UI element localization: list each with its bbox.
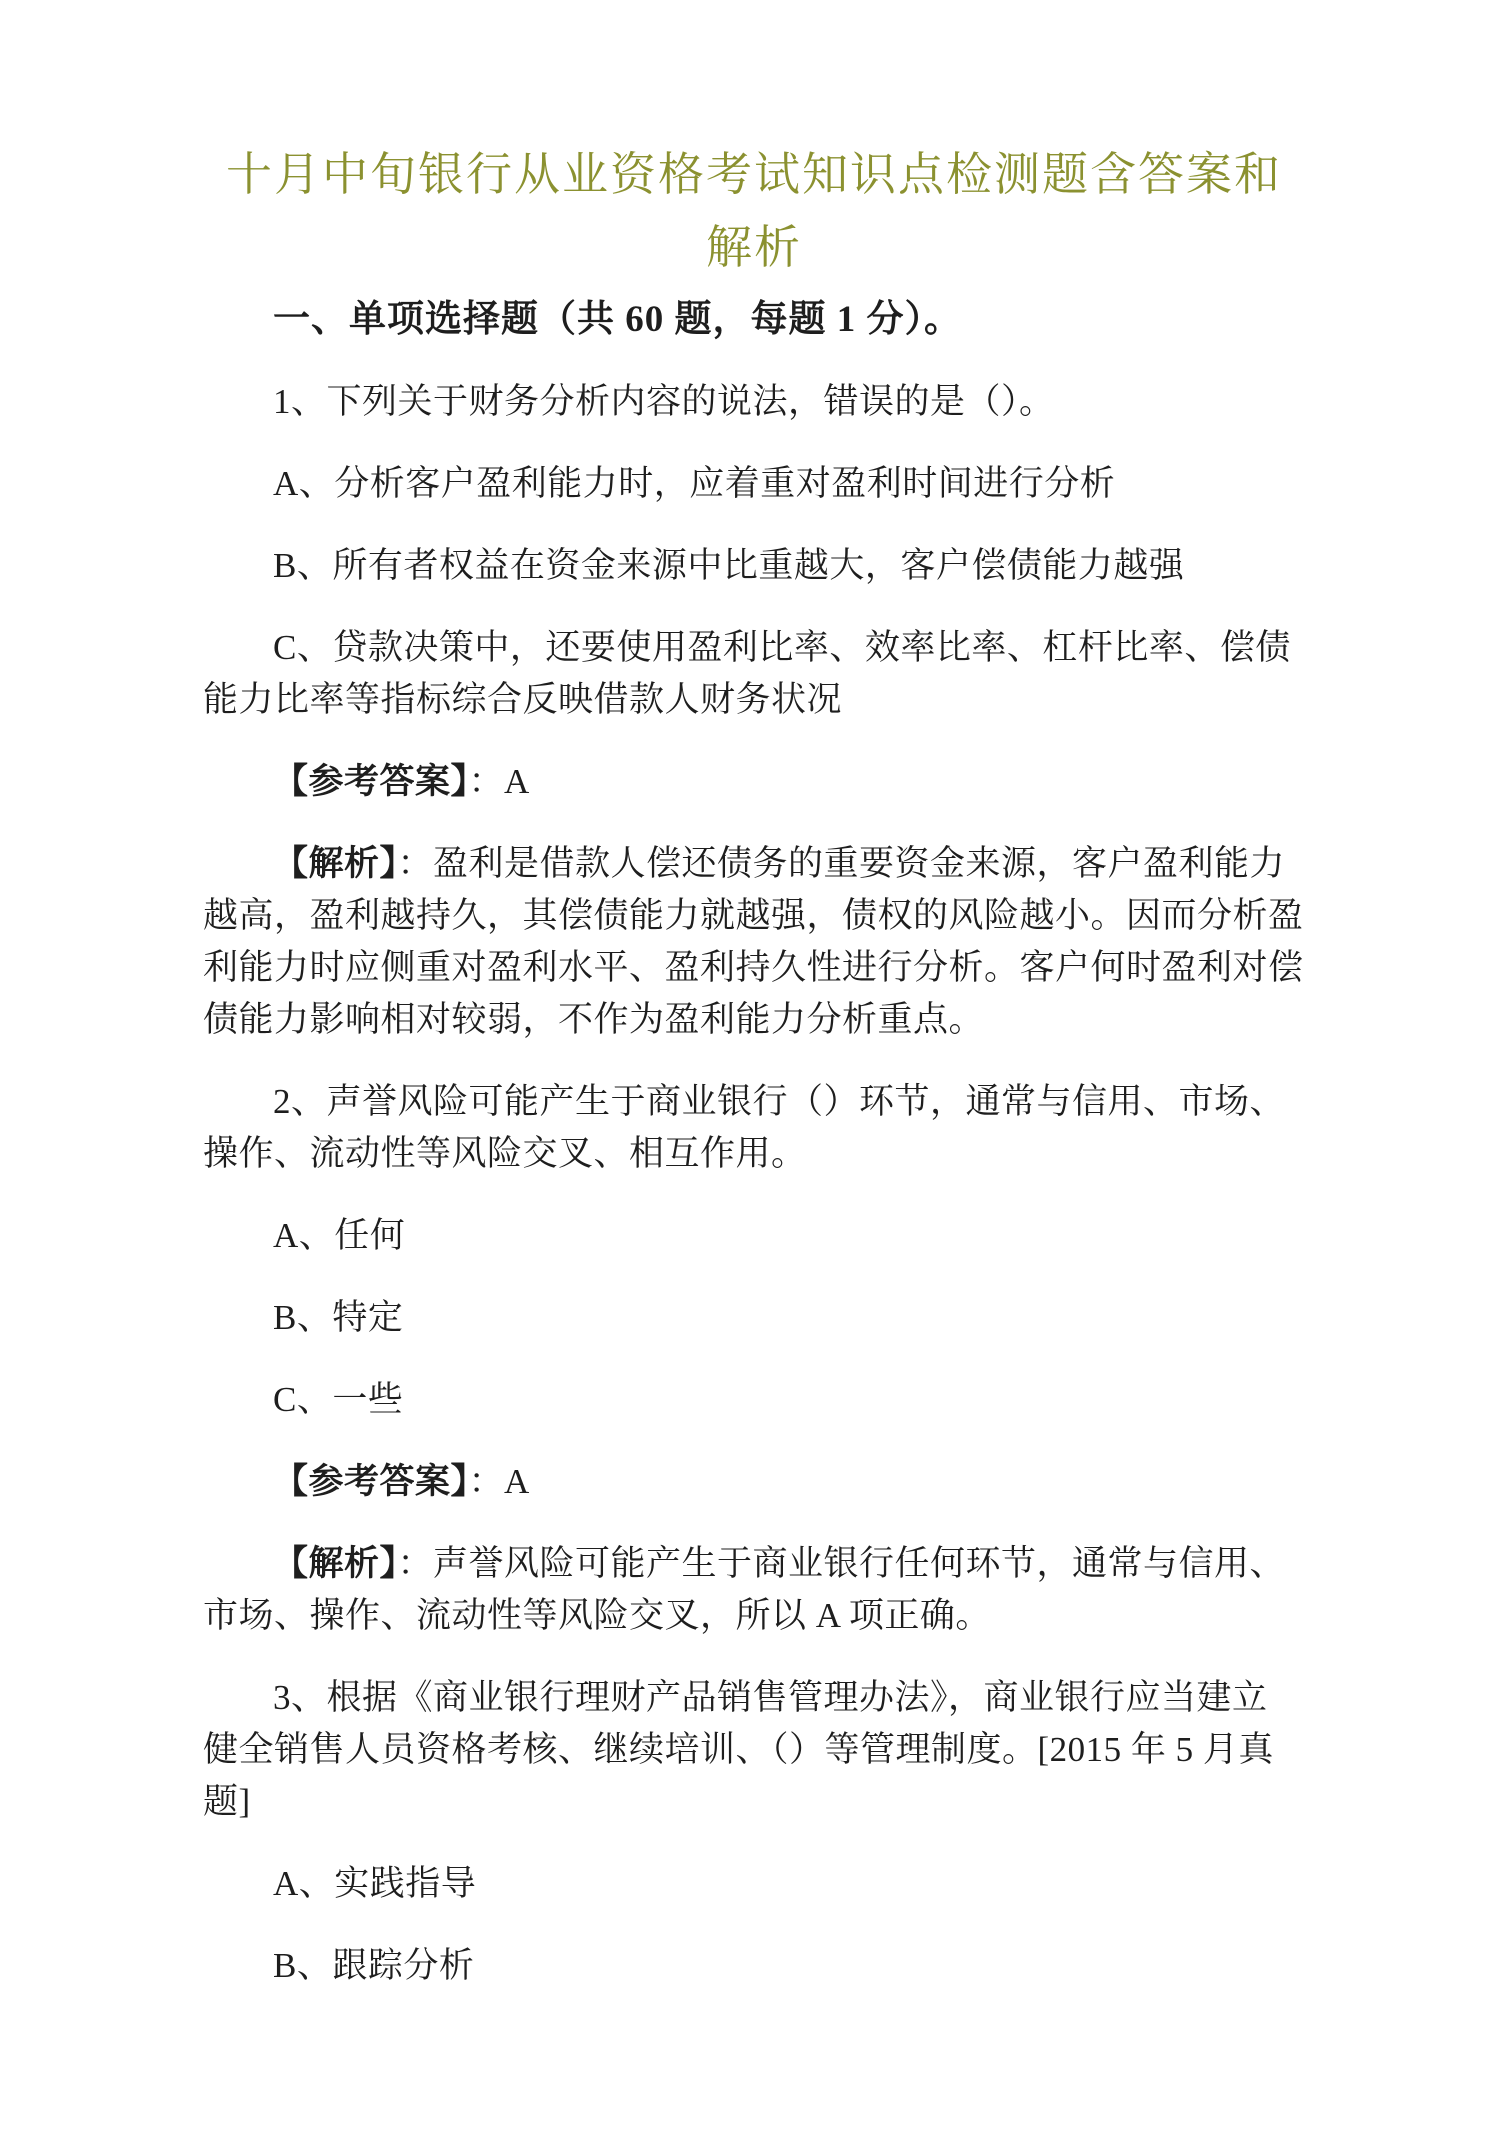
question-stem-line: 操作、流动性等风险交叉、相互作用。 [203,1128,1305,1180]
question-stem: 3、根据《商业银行理财产品销售管理办法》，商业银行应当建立 健全销售人员资格考核… [203,1672,1305,1828]
question-stem-line: 2、声誉风险可能产生于商业银行（）环节，通常与信用、市场、 [203,1076,1305,1128]
option: A、分析客户盈利能力时，应着重对盈利时间进行分析 [203,458,1305,510]
option-line: A、任何 [203,1210,1305,1262]
option: B、所有者权益在资金来源中比重越大，客户偿债能力越强 [203,540,1305,592]
answer-line: 【参考答案】：A [203,1456,1305,1508]
option: C、一些 [203,1374,1305,1426]
document-title-line: 解析 [203,211,1305,284]
analysis-paragraph: 【解析】：声誉风险可能产生于商业银行任何环节，通常与信用、 市场、操作、流动性等… [203,1538,1305,1642]
option-line: C、贷款决策中，还要使用盈利比率、效率比率、杠杆比率、偿债 [203,622,1305,674]
question-stem-line: 健全销售人员资格考核、继续培训、（）等管理制度。[2015 年 5 月真 [203,1724,1305,1776]
analysis-line: ：声誉风险可能产生于商业银行任何环节，通常与信用、 [398,1544,1286,1583]
answer-line: 【参考答案】：A [203,756,1305,808]
option-line: A、分析客户盈利能力时，应着重对盈利时间进行分析 [203,458,1305,510]
answer-value: ：A [469,1462,530,1501]
option: C、贷款决策中，还要使用盈利比率、效率比率、杠杆比率、偿债 能力比率等指标综合反… [203,622,1305,726]
question-stem: 2、声誉风险可能产生于商业银行（）环节，通常与信用、市场、 操作、流动性等风险交… [203,1076,1305,1180]
question-stem-line: 题] [203,1776,1305,1828]
option: A、实践指导 [203,1858,1305,1910]
analysis-line: 市场、操作、流动性等风险交叉，所以 A 项正确。 [203,1590,1305,1642]
analysis-line: 利能力时应侧重对盈利水平、盈利持久性进行分析。客户何时盈利对偿 [203,942,1305,994]
option: B、跟踪分析 [203,1940,1305,1992]
analysis-line: ：盈利是借款人偿还债务的重要资金来源，客户盈利能力 [398,844,1286,883]
analysis-label: 【解析】 [273,844,398,883]
question-stem-line: 1、下列关于财务分析内容的说法，错误的是（）。 [203,376,1305,428]
analysis-paragraph: 【解析】：盈利是借款人偿还债务的重要资金来源，客户盈利能力 越高，盈利越持久，其… [203,838,1305,1046]
option-line: B、特定 [203,1292,1305,1344]
section-heading: 一、单项选择题（共 60 题，每题 1 分）。 [203,294,1305,346]
document-page: { "document": { "colors": { "title": "#8… [0,0,1508,2132]
analysis-line: 债能力影响相对较弱，不作为盈利能力分析重点。 [203,994,1305,1046]
question-stem: 1、下列关于财务分析内容的说法，错误的是（）。 [203,376,1305,428]
document-title-line: 十月中旬银行从业资格考试知识点检测题含答案和 [203,138,1305,211]
analysis-line: 越高，盈利越持久，其偿债能力就越强，债权的风险越小。因而分析盈 [203,890,1305,942]
option-line: A、实践指导 [203,1858,1305,1910]
option: A、任何 [203,1210,1305,1262]
document-title: 十月中旬银行从业资格考试知识点检测题含答案和 解析 [203,138,1305,284]
option-line: B、所有者权益在资金来源中比重越大，客户偿债能力越强 [203,540,1305,592]
option-line: 能力比率等指标综合反映借款人财务状况 [203,674,1305,726]
answer-label: 【参考答案】 [273,762,469,801]
question-stem-line: 3、根据《商业银行理财产品销售管理办法》，商业银行应当建立 [203,1672,1305,1724]
answer-value: ：A [469,762,530,801]
analysis-label: 【解析】 [273,1544,398,1583]
option-line: C、一些 [203,1374,1305,1426]
document-body: 十月中旬银行从业资格考试知识点检测题含答案和 解析 一、单项选择题（共 60 题… [203,0,1305,1992]
option-line: B、跟踪分析 [203,1940,1305,1992]
answer-label: 【参考答案】 [273,1462,469,1501]
option: B、特定 [203,1292,1305,1344]
